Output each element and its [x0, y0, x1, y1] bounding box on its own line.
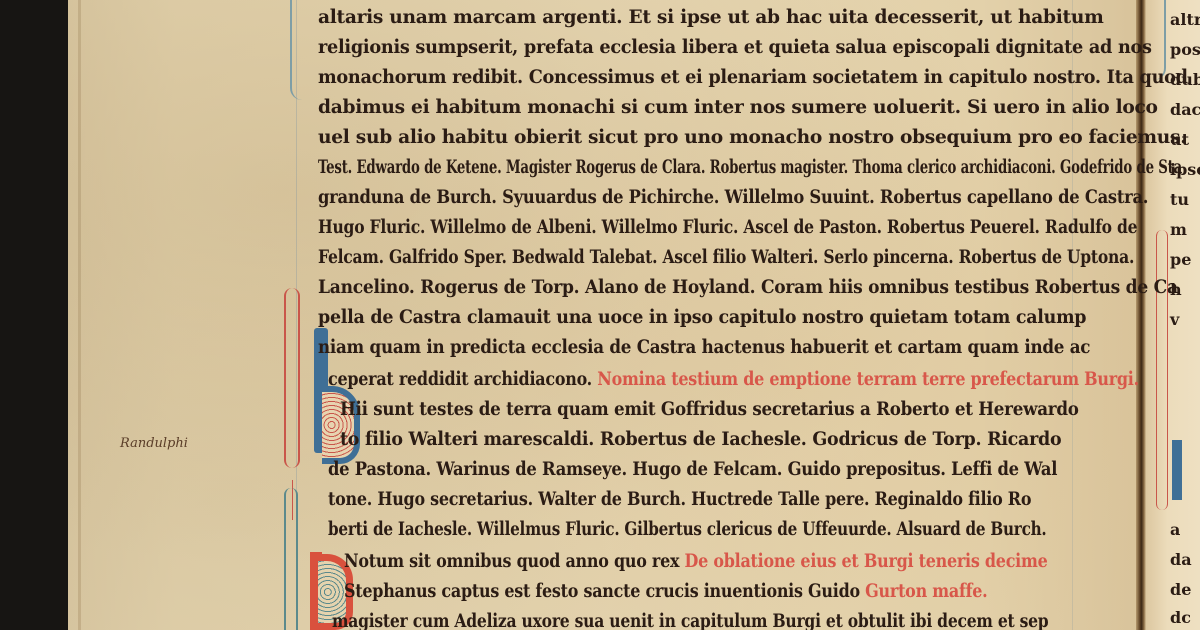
red-penwork-flourish-icon — [284, 288, 300, 468]
right-text-line: post — [1170, 40, 1200, 59]
text-line: uel sub alio habitu obierit sicut pro un… — [318, 122, 1186, 152]
text-line: de Pastona. Warinus de Ramseye. Hugo de … — [328, 454, 1057, 484]
text-line: Notum sit omnibus quod anno quo rex De o… — [344, 546, 1048, 576]
dark-background-strip — [0, 0, 70, 630]
text-line: Hii sunt testes de terra quam emit Goffr… — [340, 394, 1079, 424]
text-line: pella de Castra clamauit una uoce in ips… — [318, 302, 1086, 332]
right-text-line: tu — [1170, 190, 1189, 209]
text-line: dabimus ei habitum monachi si cum inter … — [318, 92, 1158, 122]
text-line: berti de Iachesle. Willelmus Fluric. Gil… — [328, 514, 1046, 544]
text-line: Lancelino. Rogerus de Torp. Alano de Hoy… — [318, 272, 1178, 302]
text-line: granduna de Burch. Syuuardus de Pichirch… — [318, 182, 1148, 212]
text-line: ceperat reddidit archidiacono. Nomina te… — [328, 364, 1139, 394]
right-text-line: a — [1170, 520, 1180, 539]
decorated-initial-right — [1166, 440, 1196, 500]
right-text-line: v — [1170, 310, 1179, 329]
blue-flourish-icon — [290, 0, 302, 100]
rubric-heading: Gurton maffe. — [865, 580, 987, 602]
blue-initial-stem — [1172, 440, 1182, 500]
right-text-line: pe — [1170, 250, 1191, 269]
text-line: Felcam. Galfrido Sper. Bedwald Talebat. … — [318, 242, 1134, 272]
right-text-line: de — [1170, 580, 1191, 599]
right-text-line: m — [1170, 220, 1187, 239]
blue-penwork-flourish-icon — [284, 488, 298, 630]
right-text-line: dac — [1170, 100, 1200, 119]
right-text-line: dc — [1170, 608, 1191, 627]
rubric-heading: Nomina testium de emptione terram terre … — [597, 368, 1139, 390]
text-line: Stephanus captus est festo sancte crucis… — [344, 576, 987, 606]
right-text-line: da — [1170, 550, 1192, 569]
rubric-heading: De oblatione eius et Burgi teneris decim… — [685, 550, 1048, 572]
text-line: monachorum redibit. Concessimus et ei pl… — [318, 62, 1188, 92]
text-line: tone. Hugo secretarius. Walter de Burch.… — [328, 484, 1031, 514]
text-line: magister cum Adeliza uxore sua uenit in … — [332, 606, 1048, 630]
text-line: to filio Walteri marescaldi. Robertus de… — [340, 424, 1061, 454]
text-line: Hugo Fluric. Willelmo de Albeni. Willelm… — [318, 212, 1137, 242]
text-line: Test. Edwardo de Ketene. Magister Rogeru… — [318, 152, 1182, 182]
right-text-line: altra — [1170, 10, 1200, 29]
marginal-annotation: Randulphi — [120, 436, 188, 451]
text-line: niam quam in predicta ecclesia de Castra… — [318, 332, 1090, 362]
text-line: religionis sumpserit, prefata ecclesia l… — [318, 32, 1152, 62]
text-line: altaris unam marcam argenti. Et si ipse … — [318, 2, 1103, 32]
